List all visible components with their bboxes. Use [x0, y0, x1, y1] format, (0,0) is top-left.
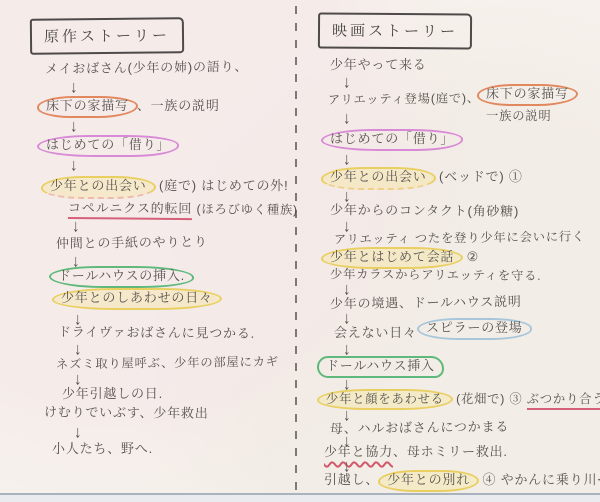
step-text: はじめての「借り」 [46, 137, 170, 152]
flow-step-dollhouse: ドールハウスの挿入. [50, 268, 193, 286]
movie-story-title-label: 映画ストーリー [332, 23, 458, 41]
step-text: ネズミ取り屋呼ぶ、少年の部屋にカギ [56, 355, 279, 372]
step-text: 少年引越しの日. [62, 386, 163, 401]
step-text: 少年の境遇、ドールハウス説明 [330, 294, 522, 311]
handwritten-notebook-page: 原作ストーリー メイおばさん(少年の姉)の語り、 ↓ 床下の家描写、一族の説明 … [0, 0, 600, 502]
flow-step-happy-days: 少年とのしあわせの日々 [53, 290, 221, 308]
flow-step-first-conversation: 少年とはじめて会話 ② [322, 249, 479, 267]
red-underlined-text: ぶつかり合う. [527, 392, 600, 410]
step-text: 小人たち、野へ. [52, 441, 153, 456]
step-text: はじめての「借り」 [330, 131, 454, 146]
step-text: 少年からのコンタクト(角砂糖) [330, 202, 519, 219]
step-text: 少年と協力 [324, 444, 393, 459]
flow-step-underfloor: 床下の家描写、一族の説明 [38, 98, 220, 116]
step-text: ドールハウスの挿入. [58, 268, 185, 283]
step-text: アリエッティ つたを登り少年に会いに行く [334, 229, 585, 246]
step-text: (庭で) はじめての外! [159, 178, 288, 193]
step-text: 少年との出会い [330, 169, 427, 184]
highlight-oval-green: ドールハウスの挿入. [49, 266, 194, 288]
down-arrow-icon: ↓ [70, 156, 78, 176]
original-story-title-label: 原作ストーリー [44, 27, 170, 45]
flow-step-letters: 仲間との手紙のやりとり [56, 235, 208, 252]
step-text: メイおばさん(少年の姉)の語り、 [45, 59, 248, 76]
step-text: 仲間との手紙のやりとり [56, 234, 208, 251]
step-text: コペルニクス的転回 [68, 200, 192, 216]
step-text: 少年と顔をあわせる [326, 392, 444, 406]
step-text: 少年とのしあわせの日々 [61, 290, 213, 305]
step-text: 一族の説明 [486, 109, 552, 123]
highlight-oval-orange: 床下の家描写 [477, 84, 578, 106]
down-arrow-icon: ↓ [343, 73, 351, 93]
flow-step-meet-boy-movie: 少年との出会い (ベッドで) ① [322, 169, 523, 188]
flow-step-underfloor-ref: 床下の家描写 [478, 86, 577, 104]
step-text: 床下の家描写 [46, 98, 129, 113]
highlight-oval-blue: スピラーの登場 [417, 318, 532, 340]
flow-step-found-by-driver: ドライヴァおばさんに見つかる. [58, 325, 255, 342]
highlight-oval-yellow: 少年との出会い [321, 167, 436, 190]
step-text: 少年やって来る [330, 57, 427, 72]
highlight-oval-yellow: 少年とのしあわせの日々 [52, 288, 222, 310]
step-text: 少年とはじめて会話 [330, 249, 454, 264]
flow-step-copernican: コペルニクス的転回 (ほろびゆく種族) [68, 201, 298, 218]
flow-step-first-borrowing: はじめての「借り」 [38, 137, 178, 155]
flow-step-crow-protect: 少年カラスからアリエッティを守る. [330, 267, 542, 283]
step-text: (ほろびゆく種族) [196, 202, 298, 217]
flow-step-into-fields: 小人たち、野へ. [52, 442, 153, 457]
photo-bottom-edge [0, 493, 600, 502]
flow-step-smoke-rescue: けむりでいぶす、少年救出 [44, 405, 209, 421]
red-underlined-text: コペルニクス的転回 [68, 200, 192, 220]
flow-step-farewell: 引越し、少年との別れ ④ やかんに乗り川へ. [324, 472, 600, 490]
highlight-oval-yellow: 少年との別れ [378, 470, 479, 492]
flow-step-narration: メイおばさん(少年の姉)の語り、 [45, 60, 248, 77]
flow-step-days-apart: 会えない日々 [334, 326, 417, 341]
flow-step-mother-caught: 母、ハルおばさんにつかまる [330, 420, 509, 437]
step-text: アリエッティ登場(庭で)、 [328, 91, 480, 107]
flow-step-arrietty-appears: アリエッティ登場(庭で)、 [328, 91, 480, 107]
original-story-title: 原作ストーリー [30, 17, 184, 55]
step-text: (ベッドで) ① [439, 169, 523, 184]
step-text: スピラーの登場 [426, 320, 523, 335]
flow-step-meet-face: 少年と顔をあわせる (花畑で) ③ ぶつかり合う. [318, 391, 600, 408]
flow-step-sugar-contact: 少年からのコンタクト(角砂糖) [330, 203, 519, 220]
step-text: 母、ハルおばさんにつかまる [330, 419, 509, 436]
highlight-oval-pink: はじめての「借り」 [37, 135, 179, 157]
flow-step-dollhouse-movie: ドールハウス挿入 [318, 358, 443, 376]
flow-step-rat-catcher: ネズミ取り屋呼ぶ、少年の部屋にカギ [56, 355, 279, 372]
circled-number: ② [467, 249, 479, 264]
step-text: ぶつかり合う. [527, 392, 600, 406]
flow-step-family-note: 一族の説明 [486, 109, 552, 123]
step-text: 少年との別れ [387, 472, 470, 487]
center-dashed-divider [295, 6, 297, 490]
highlight-oval-yellow: 少年とはじめて会話 [321, 247, 463, 269]
down-arrow-icon: ↓ [343, 150, 351, 170]
step-text: 少年カラスからアリエッティを守る. [330, 267, 542, 283]
flow-step-rescue-homily: 少年と協力、母ホミリー救出. [324, 445, 508, 460]
step-text: ④ やかんに乗り川へ. [482, 472, 600, 487]
step-text: けむりでいぶす、少年救出 [44, 404, 209, 420]
down-arrow-icon: ↓ [72, 217, 80, 237]
step-text: 、母ホミリー救出. [393, 444, 508, 459]
down-arrow-icon: ↓ [70, 78, 78, 98]
flow-step-meet-boy: 少年との出会い (庭で) はじめての外! [42, 178, 289, 197]
flow-step-first-borrowing-movie: はじめての「借り」 [322, 131, 462, 149]
step-text: ドライヴァおばさんに見つかる. [58, 324, 255, 341]
highlight-oval-pink: はじめての「借り」 [321, 129, 463, 151]
step-text: 会えない日々 [334, 325, 417, 340]
movie-story-title: 映画ストーリー [318, 12, 472, 49]
highlight-oval-yellow: 少年との出会い [41, 176, 156, 199]
highlight-oval-yellow: 少年と顔をあわせる [317, 389, 453, 410]
flow-step-ivy-climb: アリエッティ つたを登り少年に会いに行く [334, 229, 585, 246]
step-text: 引越し、 [324, 472, 379, 487]
red-wavy-underlined-text: 少年と協力 [324, 444, 393, 459]
step-text: 床下の家描写 [486, 86, 569, 101]
highlight-box-green: ドールハウス挿入 [317, 356, 444, 378]
flow-step-boy-arrives: 少年やって来る [330, 58, 427, 73]
step-text: 、一族の説明 [137, 98, 220, 113]
highlight-oval-orange: 床下の家描写 [37, 96, 138, 118]
down-arrow-icon: ↓ [74, 423, 82, 443]
flow-step-circumstances: 少年の境遇、ドールハウス説明 [330, 295, 522, 312]
step-text: 少年との出会い [50, 178, 147, 193]
down-arrow-icon: ↓ [70, 117, 78, 137]
step-text: (花畑で) ③ [456, 392, 522, 406]
flow-step-spiller: スピラーの登場 [418, 320, 531, 338]
flow-step-moving-day: 少年引越しの日. [62, 387, 163, 402]
step-text: ドールハウス挿入 [326, 358, 435, 373]
down-arrow-icon: ↓ [343, 109, 351, 129]
